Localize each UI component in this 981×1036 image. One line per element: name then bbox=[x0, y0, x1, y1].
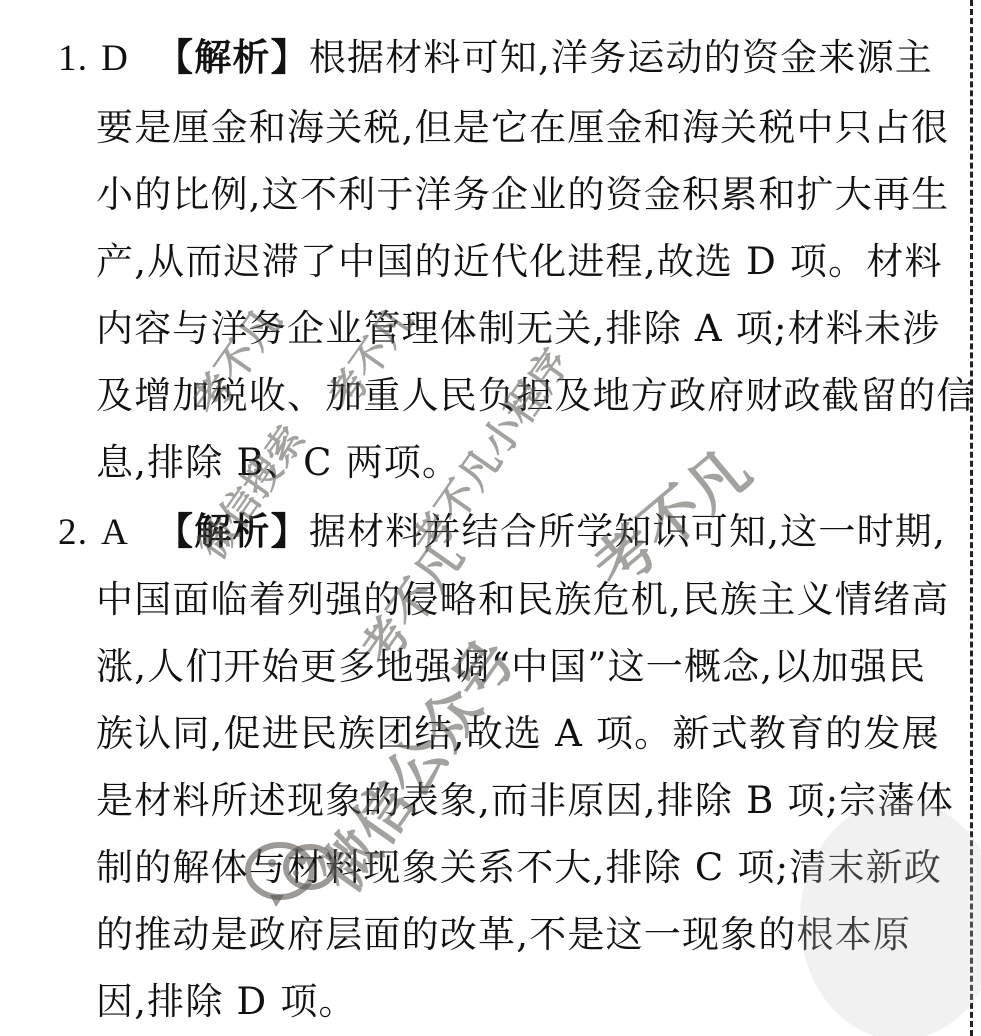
text-line: 及增加税收、加重人民负担及地方政府财政截留的信 bbox=[96, 376, 975, 416]
item-answer: D bbox=[101, 38, 129, 79]
answer-page: 一、选择题 1. D 【解析】根据材料可知,洋务运动的资金来源主 要是厘金和海关… bbox=[0, 0, 981, 1036]
analysis-tag: 【解析】 bbox=[156, 510, 309, 553]
text-line: 息,排除 B、C 两项。 bbox=[96, 443, 460, 483]
text-line: 据材料并结合所学知识可知,这一时期, bbox=[309, 510, 946, 553]
text-line: 族认同,促进民族团结,故选 A 项。新式教育的发展 bbox=[96, 714, 940, 754]
text-line: 制的解体与材料现象关系不大,排除 C 项;清末新政 bbox=[96, 848, 942, 888]
item-answer: A bbox=[101, 512, 129, 553]
analysis-tag: 【解析】 bbox=[156, 36, 309, 79]
item-1-first-line: 1. D 【解析】根据材料可知,洋务运动的资金来源主 bbox=[58, 38, 933, 79]
item-number: 1. bbox=[58, 38, 88, 79]
text-line: 涨,人们开始更多地强调“中国”这一概念,以加强民 bbox=[96, 647, 926, 687]
text-line: 的推动是政府层面的改革,不是这一现象的根本原 bbox=[96, 915, 911, 955]
dashed-cut-line bbox=[970, 0, 973, 1036]
item-number: 2. bbox=[58, 512, 88, 553]
text-line: 产,从而迟滞了中国的近代化进程,故选 D 项。材料 bbox=[96, 242, 943, 282]
text-line: 中国面临着列强的侵略和民族危机,民族主义情绪高 bbox=[96, 580, 949, 620]
text-line: 要是厘金和海关税,但是它在厘金和海关税中只占很 bbox=[96, 108, 949, 148]
text-line: 根据材料可知,洋务运动的资金来源主 bbox=[309, 36, 933, 79]
text-line: 是材料所述现象的表象,而非原因,排除 B 项;宗藩体 bbox=[96, 781, 954, 821]
text-line: 内容与洋务企业管理体制无关,排除 A 项;材料未涉 bbox=[96, 309, 940, 349]
item-2-first-line: 2. A 【解析】据材料并结合所学知识可知,这一时期, bbox=[58, 512, 946, 553]
text-line: 小的比例,这不利于洋务企业的资金积累和扩大再生 bbox=[96, 175, 949, 215]
text-line: 因,排除 D 项。 bbox=[96, 982, 357, 1022]
